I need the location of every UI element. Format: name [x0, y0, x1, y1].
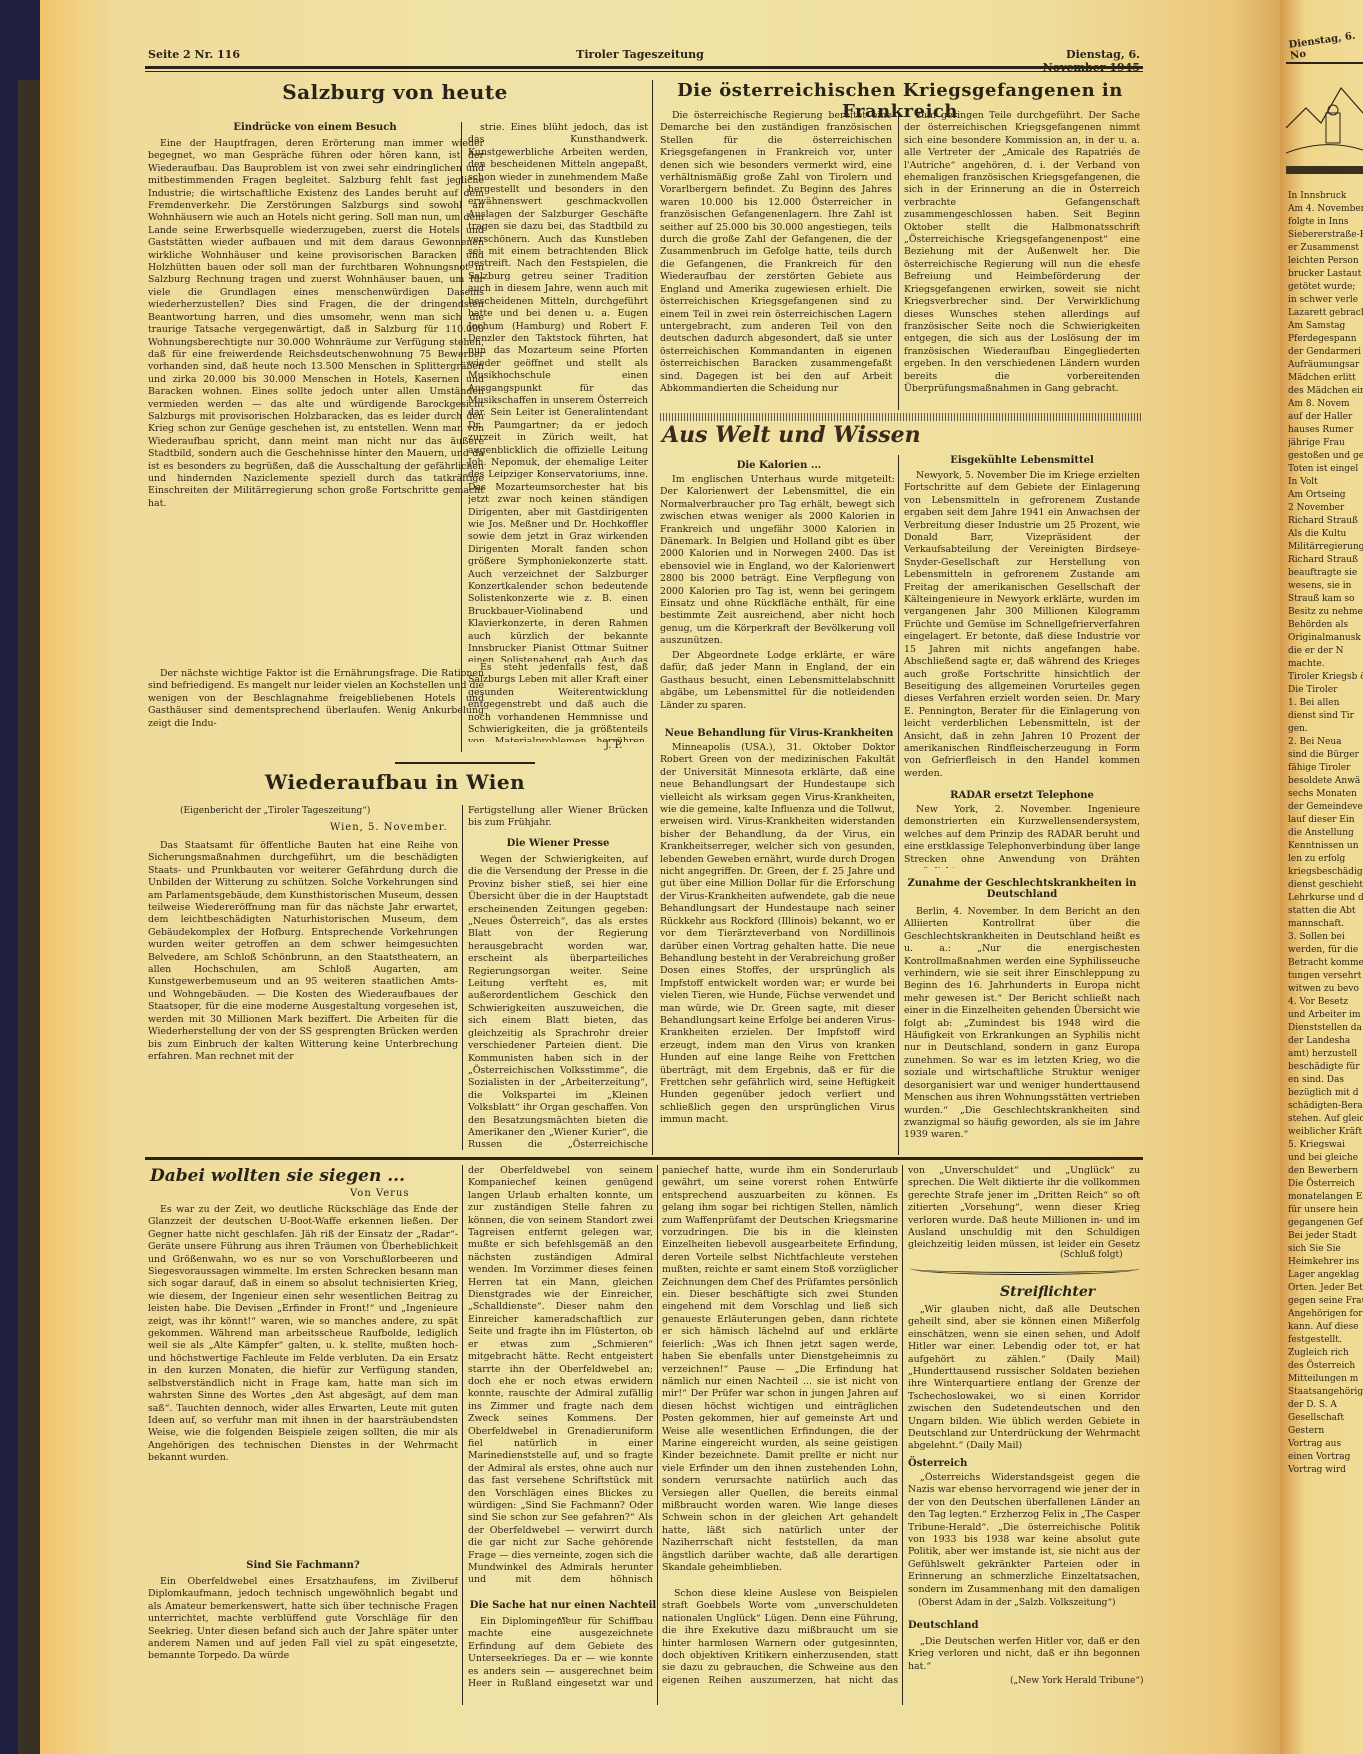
next-page-line: 5. Kriegswai: [1288, 1139, 1363, 1152]
next-page-line: statten die Abt: [1288, 905, 1363, 918]
wavy-separator: [910, 1262, 1140, 1275]
next-page-line: Staatsangehörig: [1288, 1386, 1363, 1399]
streiflichter-oesterreich-text: „Österreichs Widerstandsgeist gegen die …: [908, 1472, 1140, 1596]
subheading-virus: Neue Behandlung für Virus-Krankheiten: [660, 728, 898, 739]
next-page-line: gestoßen und get: [1288, 450, 1363, 463]
column-divider: [462, 1165, 463, 1705]
next-page-line: Toten ist eingel: [1288, 463, 1363, 476]
next-page-line: der Gemeindeve: [1288, 801, 1363, 814]
next-page-line: 2. Bei Neua: [1288, 736, 1363, 749]
next-page-line: gen.: [1288, 723, 1363, 736]
next-page-line: den Bewerbern: [1288, 1165, 1363, 1178]
next-page-line: der Gendarmeri: [1288, 346, 1363, 359]
article-body-dabei-col3b: Schon diese kleine Auslese von Beispiele…: [662, 1588, 898, 1688]
next-page-line: Pferdegespann: [1288, 333, 1363, 346]
next-page-line: wesens, sie in: [1288, 580, 1363, 593]
next-page-line: Betracht komme: [1288, 957, 1363, 970]
article-body-wien-col1: Das Staatsamt für öffentliche Bauten hat…: [148, 840, 458, 1150]
article-body-salzburg-col1: Eine der Hauptfragen, deren Erörterung m…: [148, 138, 484, 668]
next-page-line: Als die Kultu: [1288, 528, 1363, 541]
next-page-line: und Arbeiter im: [1288, 1009, 1363, 1022]
next-page-line: en sind. Das: [1288, 1074, 1363, 1087]
next-page-line: bezüglich mit d: [1288, 1087, 1363, 1100]
article-body-eisgekuehlt: Newyork, 5. November Die im Kriege erzie…: [904, 470, 1140, 780]
header-rule-thin: [145, 71, 1143, 72]
next-page-line: und bei gleiche: [1288, 1152, 1363, 1165]
article-body-virus: Minneapolis (USA.), 31. Oktober Doktor R…: [660, 742, 895, 1154]
signature: J. P.: [605, 740, 622, 751]
article-body-salzburg-col1b: Der nächste wichtige Faktor ist die Ernä…: [148, 668, 484, 748]
subheading-wiener-presse: Die Wiener Presse: [468, 838, 648, 849]
page-number: Seite 2 Nr. 116: [148, 48, 240, 61]
streiflichter-deutschland-label: Deutschland: [908, 1620, 978, 1631]
column-divider: [898, 455, 899, 1155]
article-body-dabei-col1: Es war zu der Zeit, wo deutliche Rücksch…: [148, 1204, 458, 1556]
next-page-line: beschädigte für: [1288, 1061, 1363, 1074]
article-body-dabei-col2b: Ein Diplomingenieur für Schiffbau machte…: [468, 1616, 653, 1688]
next-page-line: kann. Auf diese: [1288, 1321, 1363, 1334]
next-page-line: 2 November: [1288, 502, 1363, 515]
next-page-line: Lehrkurse und d: [1288, 892, 1363, 905]
landscape-illustration-icon: [1286, 68, 1363, 178]
next-page-line: Die Tiroler: [1288, 684, 1363, 697]
next-page-line: der D. S. A: [1288, 1399, 1363, 1412]
next-page-line: machte.: [1288, 658, 1363, 671]
article-body-radar: New York, 2. November. Ingenieure demons…: [904, 804, 1140, 868]
next-page-line: Bei jeder Stadt: [1288, 1230, 1363, 1243]
section-title-aus-welt: Aus Welt und Wissen: [662, 422, 921, 448]
article-body-kalorien: Im englischen Unterhaus wurde mitgeteilt…: [660, 474, 895, 649]
subheading-radar: RADAR ersetzt Telephone: [904, 790, 1140, 801]
book-binding-edge: [18, 80, 40, 1754]
next-page-line: Besitz zu nehme: [1288, 606, 1363, 619]
streiflichter-oesterreich-source: (Oberst Adam in der „Salzb. Volkszeitung…: [918, 1598, 1116, 1608]
next-page-line: witwen zu bevo: [1288, 983, 1363, 996]
streiflichter-oesterreich-label: Österreich: [908, 1458, 967, 1469]
next-page-line: lauf dieser Ein: [1288, 814, 1363, 827]
next-page-line: Vortrag aus: [1288, 1438, 1363, 1451]
next-page-line: die er der N: [1288, 645, 1363, 658]
dateline-wien: Wien, 5. November.: [330, 822, 448, 833]
next-page-line: Gestern: [1288, 1425, 1363, 1438]
next-page-line: festgestellt.: [1288, 1334, 1363, 1347]
next-page-line: werden, für die: [1288, 944, 1363, 957]
next-page-line: amt) herzustell: [1288, 1048, 1363, 1061]
next-page-line: leichten Person: [1288, 255, 1363, 268]
section-rule: [145, 1157, 1143, 1160]
article-body-dabei-col4: von „Unverschuldet“ und „Unglück“ zu spr…: [908, 1165, 1140, 1251]
next-page-line: sind die Bürger: [1288, 749, 1363, 762]
next-page-line: besoldete Anwä: [1288, 775, 1363, 788]
next-page-line: monatelangen Ei: [1288, 1191, 1363, 1204]
next-page-line: die Anstellung: [1288, 827, 1363, 840]
article-title-dabei: Dabei wollten sie siegen ...: [150, 1166, 405, 1186]
column-divider: [461, 122, 462, 752]
next-page-line: Lager angeklag: [1288, 1269, 1363, 1282]
next-page-line: gegangenen Gefa: [1288, 1217, 1363, 1230]
next-page-line: fähige Tiroler: [1288, 762, 1363, 775]
next-page-line: Tiroler Kriegsb öffent: [1288, 671, 1363, 684]
next-page-line: len zu erfolg: [1288, 853, 1363, 866]
next-page-line: getötet wurde;: [1288, 281, 1363, 294]
article-body-wien-col2b: Wegen der Schwierigkeiten, auf die die V…: [468, 854, 648, 1150]
next-page-line: Lazarett gebrach: [1288, 307, 1363, 320]
next-page-line: sich Sie Sie: [1288, 1243, 1363, 1256]
next-page-line: des Mädchen ein: [1288, 385, 1363, 398]
next-page-line: Originalmanusk: [1288, 632, 1363, 645]
next-page-line: Zugleich rich: [1288, 1347, 1363, 1360]
next-page-line: Heimkehrer ins: [1288, 1256, 1363, 1269]
byline-wien: (Eigenbericht der „Tiroler Tageszeitung“…: [180, 806, 370, 816]
next-page-line: Am Samstag: [1288, 320, 1363, 333]
article-body-kriegsgefangene-col2: zum geringen Teile durchgeführt. Der Sac…: [904, 110, 1140, 410]
next-page-line: Strauß kam so: [1288, 593, 1363, 606]
next-page-line: In Innsbruck: [1288, 190, 1363, 203]
article-body-salzburg-col2: strie. Eines blüht jedoch, das ist das K…: [468, 122, 648, 662]
next-page-line: dienst geschieht: [1288, 879, 1363, 892]
article-body-dabei-col2: der Oberfeldwebel von seinem Kompanieche…: [468, 1165, 653, 1583]
next-page-line: Siebererstraße-F: [1288, 229, 1363, 242]
next-page-line: Die Österreich: [1288, 1178, 1363, 1191]
next-page-line: Am 8. Novem: [1288, 398, 1363, 411]
continuation-note: (Schluß folgt): [1060, 1250, 1123, 1260]
article-body-dabei-col1b: Ein Oberfeldwebel eines Ersatzhaufens, i…: [148, 1576, 458, 1686]
next-page-line: beauftragte sie: [1288, 567, 1363, 580]
next-page-line: schädigten-Bera: [1288, 1100, 1363, 1113]
column-divider: [898, 110, 899, 410]
next-page-line: stehen. Auf gleic: [1288, 1113, 1363, 1126]
next-page-line: weiblicher Kräft: [1288, 1126, 1363, 1139]
next-page-line: Angehörigen for: [1288, 1308, 1363, 1321]
next-page-line: folgte in Inns: [1288, 216, 1363, 229]
hatched-separator: [660, 413, 1143, 421]
streiflichter-deutschland-source: („New York Herald Tribune“): [1010, 1676, 1143, 1686]
article-body-wien-col2a: Fertigstellung aller Wiener Brücken bis …: [468, 805, 648, 831]
next-page-line: Richard Strauß: [1288, 554, 1363, 567]
article-body-kriegsgefangene-col1: Die österreichische Regierung bereitet e…: [660, 110, 892, 410]
next-page-line: gegen seine Frau: [1288, 1295, 1363, 1308]
column-divider: [462, 805, 463, 1150]
subheading-eisgekuehlt: Eisgekühlte Lebensmittel: [904, 455, 1140, 466]
next-page-line: Behörden als: [1288, 619, 1363, 632]
next-page-line: jährige Frau: [1288, 437, 1363, 450]
next-page-line: Dienststellen da: [1288, 1022, 1363, 1035]
next-page-line: Aufräumungsar: [1288, 359, 1363, 372]
article-body-salzburg-col2b: Es steht jedenfalls fest, daß Salzburgs …: [468, 662, 648, 742]
next-page-line: dienst sind Tir: [1288, 710, 1363, 723]
next-page-line: Am 4. November: [1288, 203, 1363, 216]
subheading-kalorien: Die Kalorien ...: [660, 460, 898, 471]
subheading-geschlechtskrankheiten: Zunahme der Geschlechtskrankheiten in De…: [904, 878, 1140, 900]
column-divider: [902, 1165, 903, 1705]
article-body-dabei-col3: paniechef hatte, wurde ihm ein Sonderurl…: [662, 1165, 898, 1587]
article-body-geschlechtskrankheiten: Berlin, 4. November. In dem Bericht an d…: [904, 906, 1140, 1152]
next-page-line: einen Vortrag: [1288, 1451, 1363, 1464]
next-page-line: sechs Monaten: [1288, 788, 1363, 801]
separator: [395, 762, 535, 764]
next-page-line: auf der Haller: [1288, 411, 1363, 424]
next-page-line: 3. Sollen bei: [1288, 931, 1363, 944]
next-page-column: In InnsbruckAm 4. Novemberfolgte in Inns…: [1288, 190, 1363, 1730]
author-dabei: Von Verus: [350, 1188, 410, 1199]
article-subtitle-salzburg: Eindrücke von einem Besuch: [145, 122, 485, 133]
article-title-wien: Wiederaufbau in Wien: [145, 770, 645, 794]
next-page-line: brucker Lastaut: [1288, 268, 1363, 281]
column-divider: [652, 80, 653, 1155]
next-page-line: der Landesha: [1288, 1035, 1363, 1048]
next-page-line: Richard Strauß: [1288, 515, 1363, 528]
next-page-line: in schwer verle: [1288, 294, 1363, 307]
next-page-line: Am Ortseing: [1288, 489, 1363, 502]
next-page-line: In Volt: [1288, 476, 1363, 489]
article-title-salzburg: Salzburg von heute: [145, 80, 645, 104]
next-page-line: Orten. Jeder Bet: [1288, 1282, 1363, 1295]
next-page-line: hauses Rumer: [1288, 424, 1363, 437]
article-body-kalorien-2: Der Abgeordnete Lodge erklärte, er wäre …: [660, 650, 895, 714]
newspaper-name: Tiroler Tageszeitung: [560, 48, 720, 61]
next-page-line: Gesellschaft: [1288, 1412, 1363, 1425]
next-page-line: 4. Vor Besetz: [1288, 996, 1363, 1009]
subheading-fachmann: Sind Sie Fachmann?: [148, 1560, 458, 1571]
next-page-line: er Zusammenst: [1288, 242, 1363, 255]
next-page-line: des Österreich: [1288, 1360, 1363, 1373]
next-page-line: Militärregierung er: [1288, 541, 1363, 554]
next-page-line: mannschaft.: [1288, 918, 1363, 931]
streiflichter-body: „Wir glauben nicht, daß alle Deutschen g…: [908, 1304, 1140, 1454]
streiflichter-deutschland-text: „Die Deutschen werfen Hitler vor, daß er…: [908, 1636, 1140, 1676]
next-page-line: Kenntnissen un: [1288, 840, 1363, 853]
next-page-line: kriegsbeschädigt: [1288, 866, 1363, 879]
next-page-line: tungen versehrt: [1288, 970, 1363, 983]
header-rule: [145, 66, 1143, 69]
next-page-line: Vortrag wird: [1288, 1464, 1363, 1477]
column-divider: [657, 1165, 658, 1705]
next-page-line: 1. Bei allen: [1288, 697, 1363, 710]
next-page-rule: [1286, 62, 1363, 64]
next-page-line: Mädchen erlitt: [1288, 372, 1363, 385]
next-page-line: für unsere hein: [1288, 1204, 1363, 1217]
section-title-streiflichter: Streiflichter: [1000, 1284, 1095, 1300]
next-page-line: Mitteilungen m: [1288, 1373, 1363, 1386]
